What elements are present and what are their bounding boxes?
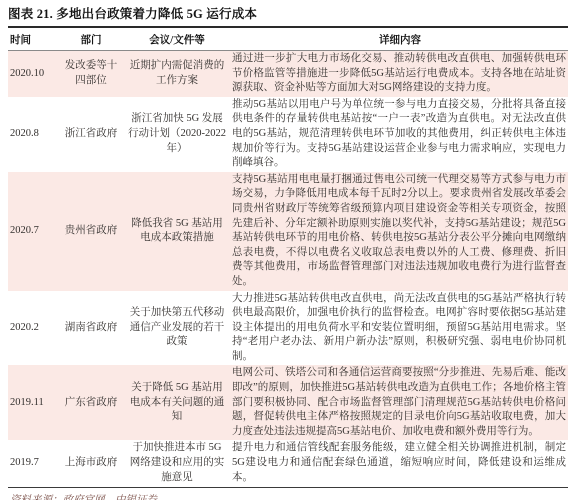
cell-time: 2020.2	[8, 321, 56, 336]
source-note: 资料来源：政府官网，中银证券	[8, 488, 568, 500]
cell-document: 浙江省加快 5G 发展行动计划（2020-2022 年）	[126, 112, 228, 156]
cell-time: 2020.8	[8, 127, 56, 142]
cell-department: 发改委等十四部位	[60, 59, 122, 88]
cell-detail: 通过进一步扩大电力市场化交易、推动转供电改直供电、加强转供电环节价格监管等措施进…	[232, 52, 568, 96]
table-row: 2020.10 发改委等十四部位 近期扩内需促消费的工作方案 通过进一步扩大电力…	[8, 51, 568, 97]
cell-department: 贵州省政府	[60, 224, 122, 239]
table-body: 2020.10 发改委等十四部位 近期扩内需促消费的工作方案 通过进一步扩大电力…	[8, 51, 568, 486]
header-cell-detail: 详细内容	[232, 32, 568, 47]
header-cell-time: 时间	[8, 32, 56, 47]
cell-detail: 电网公司、铁塔公司和各通信运营商要按照“分步推进、先易后难、能改即改”的原则，加…	[232, 366, 568, 439]
table-row: 2019.7 上海市政府 于加快推进本市 5G 网络建设和应用的实施意见 提升电…	[8, 440, 568, 486]
cell-detail: 提升电力和通信管线配套服务能级，建立健全相关协调推进机制，制定5G建设电力和通信…	[232, 441, 568, 485]
cell-detail: 推动5G基站以用电户号为单位统一参与电力直接交易，分批将具备直接供电条件的存量转…	[232, 98, 568, 171]
cell-detail: 支持5G基站用电电量打捆通过售电公司统一代理交易等方式参与电力市场交易，力争降低…	[232, 173, 568, 290]
table-row: 2020.7 贵州省政府 降低我省 5G 基站用电成本政策措施 支持5G基站用电…	[8, 172, 568, 291]
cell-department: 广东省政府	[60, 396, 122, 411]
cell-department: 湖南省政府	[60, 321, 122, 336]
table-row: 2019.11 广东省政府 关于降低 5G 基站用电成本有关问题的通知 电网公司…	[8, 365, 568, 440]
cell-document: 降低我省 5G 基站用电成本政策措施	[126, 217, 228, 246]
cell-department: 上海市政府	[60, 456, 122, 471]
table-header-row: 时间 部门 会议/文件等 详细内容	[8, 28, 568, 51]
table-row: 2020.2 湖南省政府 关于加快第五代移动通信产业发展的若干政策 大力推进5G…	[8, 291, 568, 366]
table-row: 2020.8 浙江省政府 浙江省加快 5G 发展行动计划（2020-2022 年…	[8, 97, 568, 172]
cell-document: 近期扩内需促消费的工作方案	[126, 59, 228, 88]
cell-document: 关于加快第五代移动通信产业发展的若干政策	[126, 306, 228, 350]
cell-document: 于加快推进本市 5G 网络建设和应用的实施意见	[126, 441, 228, 485]
cell-time: 2019.11	[8, 396, 56, 411]
header-cell-document: 会议/文件等	[126, 32, 228, 47]
cell-time: 2019.7	[8, 456, 56, 471]
cell-department: 浙江省政府	[60, 127, 122, 142]
figure-title: 图表 21. 多地出台政策着力降低 5G 运行成本	[8, 2, 568, 26]
cell-time: 2020.7	[8, 224, 56, 239]
report-figure: 图表 21. 多地出台政策着力降低 5G 运行成本 时间 部门 会议/文件等 详…	[0, 0, 576, 500]
cell-time: 2020.10	[8, 67, 56, 82]
cell-document: 关于降低 5G 基站用电成本有关问题的通知	[126, 381, 228, 425]
cell-detail: 大力推进5G基站转供电改直供电，尚无法改直供电的5G基站严格执行转供电最高限价，…	[232, 292, 568, 365]
header-cell-department: 部门	[60, 32, 122, 47]
